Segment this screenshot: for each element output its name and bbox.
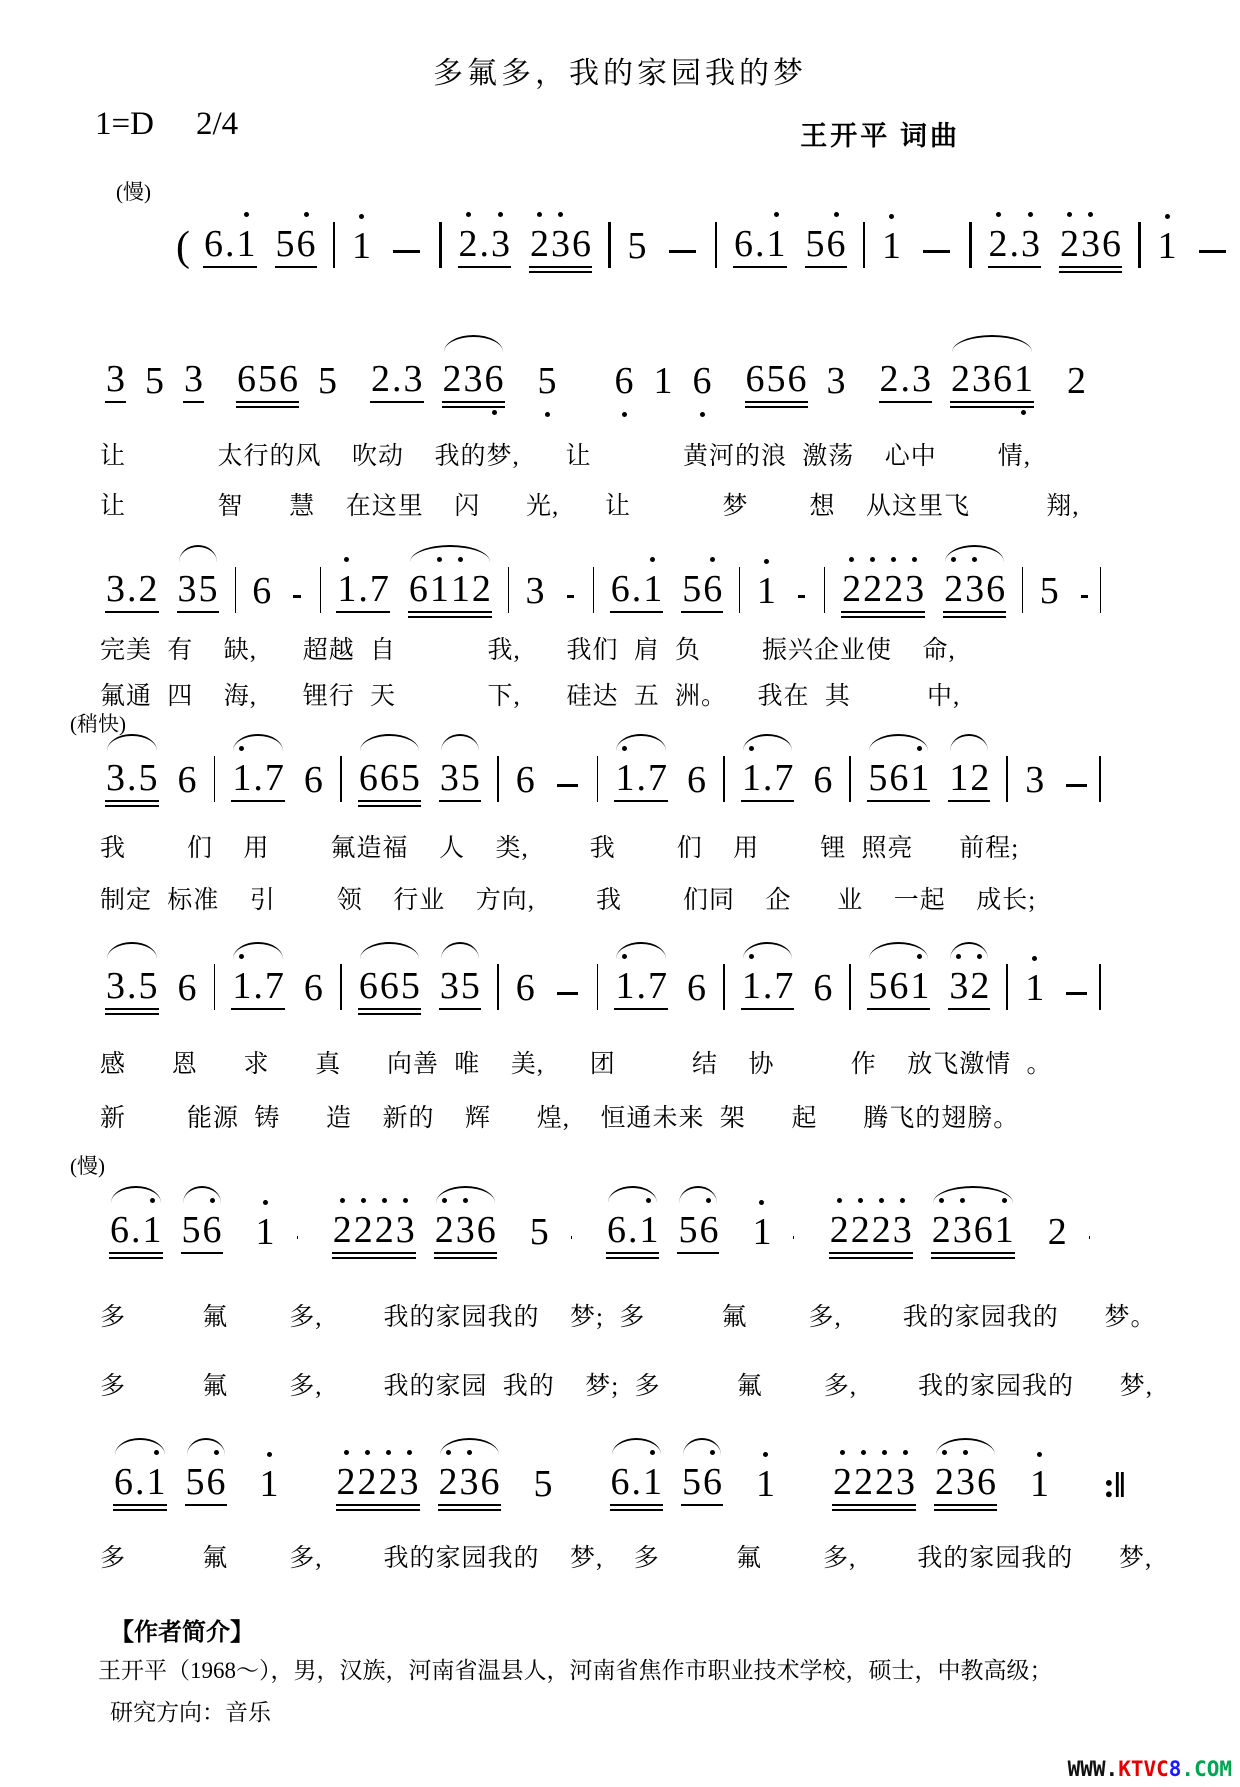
note-digit: 2 (529, 225, 550, 263)
dash-note (1066, 784, 1087, 788)
note-digit: 5 (144, 362, 165, 400)
note-digit: 6 (973, 1211, 994, 1249)
note-digit: 6 (614, 362, 635, 400)
note-digit: 3 (105, 360, 126, 398)
note-group: 1 (755, 1465, 776, 1506)
note-group: 1 (1157, 227, 1178, 268)
note-digit: 6 (206, 1463, 227, 1501)
note-group: 6 (303, 969, 324, 1010)
note-digit: 1 (948, 759, 969, 797)
note-digit: 2 (871, 1211, 892, 1249)
note-digit: 3 (826, 362, 847, 400)
note-group: 5 (529, 1213, 550, 1254)
note-digit: 6 (515, 969, 536, 1007)
note-digit: . (900, 360, 912, 398)
key-signature: 1=D (95, 106, 154, 142)
notation-line-6: 6.1561222323656.1561222323612 (100, 1196, 1108, 1254)
note-digit: 6 (826, 225, 847, 263)
note-digit: 2 (434, 1211, 455, 1249)
note-digit: 7 (773, 967, 794, 1005)
note-digit: 1 (909, 759, 930, 797)
note-group: 2361 (950, 360, 1034, 403)
barline (715, 222, 718, 268)
note-group: 236 (434, 1211, 497, 1254)
note-digit: 3 (550, 225, 571, 263)
note-digit: 2 (471, 570, 492, 608)
note-group: 6 (692, 362, 713, 403)
barline (320, 567, 321, 613)
note-digit: 6 (303, 969, 324, 1007)
note-group: 6112 (408, 570, 492, 613)
note-group: 6 (812, 969, 833, 1010)
note-group: 1 (351, 227, 372, 268)
note-digit: . (627, 1211, 639, 1249)
note-group: 3.5 (105, 759, 159, 802)
note-digit: 3 (439, 759, 460, 797)
note-group: 656 (236, 360, 299, 403)
note-digit: 6 (515, 761, 536, 799)
dash-note (1081, 595, 1088, 599)
note-digit: 1 (1029, 1465, 1050, 1503)
note-digit: 6 (610, 1463, 631, 1501)
note-group: 2223 (832, 1463, 916, 1506)
dash-note (393, 250, 420, 254)
note-group: 1 (653, 362, 674, 403)
note-digit: 6 (177, 761, 198, 799)
note-group: 5 (317, 362, 338, 403)
note-digit: 6 (686, 969, 707, 1007)
barline (439, 222, 442, 268)
note-digit: 1 (450, 570, 471, 608)
tempo-marking-slow-2: (慢) (70, 1150, 105, 1180)
note-digit: 5 (766, 360, 787, 398)
note-digit: 3 (399, 1463, 420, 1501)
note-digit: . (126, 570, 138, 608)
barline (969, 222, 972, 268)
tempo-marking-faster: (稍快) (70, 708, 126, 738)
time-signature: 2/4 (196, 106, 238, 142)
note-group: 236 (442, 360, 505, 403)
note-group: 665 (358, 759, 421, 802)
note-digit: 1 (881, 227, 902, 265)
lyrics-line: 氟通 四 海, 锂行 天 下, 硅达 五 洲。 我在 其 中, (100, 676, 960, 712)
note-group: 6 (303, 761, 324, 802)
barline (597, 964, 599, 1010)
author-bio-heading: 【作者简介】 (110, 1612, 254, 1647)
note-digit: 3 (955, 1463, 976, 1501)
barline (508, 567, 509, 613)
note-digit: 5 (533, 1465, 554, 1503)
note-digit: 2 (438, 1463, 459, 1501)
note-group: 6 (614, 362, 635, 403)
note-group: 56 (185, 1463, 227, 1506)
note-digit: . (391, 360, 403, 398)
note-digit: 3 (1080, 225, 1101, 263)
note-digit: 2 (332, 1211, 353, 1249)
note-group: 2361 (931, 1211, 1015, 1254)
notation-line-7: 6.1561222323656.156122232361:‖ (104, 1448, 1108, 1506)
note-group: 656 (745, 360, 808, 403)
note-digit: 1 (351, 227, 372, 265)
note-digit: 7 (647, 967, 668, 1005)
barline (214, 964, 216, 1010)
note-digit: 6 (702, 570, 723, 608)
note-group: 6.1 (203, 225, 257, 268)
note-digit: 2 (357, 1463, 378, 1501)
lyrics-line: 多 氟 多, 我的家园我的 梦, 多 氟 多, 我的家园我的 梦, (100, 1538, 1152, 1574)
note-digit: 1 (909, 967, 930, 1005)
note-digit: 6 (1101, 225, 1122, 263)
note-digit: 3 (177, 570, 198, 608)
note-digit: 5 (257, 360, 278, 398)
note-group: 3.2 (105, 570, 159, 613)
watermark-part: WWW. (1068, 1757, 1119, 1781)
barline (1100, 567, 1101, 613)
barline (1099, 964, 1101, 1010)
note-digit: 5 (867, 967, 888, 1005)
note-group: 2223 (829, 1211, 913, 1254)
note-digit: 1 (231, 967, 252, 1005)
note-digit: 5 (138, 759, 159, 797)
note-digit: 5 (677, 1211, 698, 1249)
note-digit: 2 (879, 360, 900, 398)
note-digit: 6 (358, 759, 379, 797)
note-group: 561 (867, 967, 930, 1010)
note-digit: 5 (627, 227, 648, 265)
song-title: 多氟多，我的家园我的梦 (0, 48, 1240, 92)
barline (597, 756, 599, 802)
dash-note (567, 595, 574, 599)
note-digit: . (252, 759, 264, 797)
note-digit: 3 (911, 360, 932, 398)
note-group: 1 (1029, 1465, 1050, 1506)
note-digit: 5 (198, 570, 219, 608)
watermark-part: KTVC (1118, 1757, 1169, 1781)
note-group: 35 (439, 967, 481, 1010)
note-digit: 6 (733, 225, 754, 263)
note-digit: 7 (264, 967, 285, 1005)
note-digit: 6 (610, 570, 631, 608)
notation-line-2: 35365652.3236561665632.323612 (96, 345, 1108, 403)
note-group: 6 (812, 761, 833, 802)
note-digit: 1 (255, 1213, 276, 1251)
note-group: 6 (686, 969, 707, 1010)
note-digit: 2 (374, 1211, 395, 1249)
note-digit: 5 (529, 1213, 550, 1251)
note-digit: 6 (480, 1463, 501, 1501)
barline (739, 567, 740, 613)
note-group: 2223 (332, 1211, 416, 1254)
site-watermark: WWW.KTVC8.COM (1068, 1757, 1232, 1781)
note-digit: 1 (638, 1211, 659, 1249)
note-group: 3 (183, 360, 204, 403)
repeat-sign: :‖ (1103, 1465, 1125, 1506)
note-digit: 3 (525, 572, 546, 610)
note-digit: 3 (964, 570, 985, 608)
note-digit: 1 (755, 1465, 776, 1503)
note-digit: 6 (177, 969, 198, 1007)
barline (497, 756, 499, 802)
note-group: 1.7 (741, 967, 795, 1010)
note-group: 236 (943, 570, 1006, 613)
note-group: 3 (1024, 761, 1045, 802)
note-group: 1.7 (741, 759, 795, 802)
note-group: 2223 (336, 1463, 420, 1506)
note-digit: . (631, 570, 643, 608)
note-digit: 1 (642, 1463, 663, 1501)
barline (593, 567, 594, 613)
note-group: 3 (105, 360, 126, 403)
note-group: 2223 (841, 570, 925, 613)
note-group: 6 (515, 761, 536, 802)
composer-credit: 王开平 词曲 (800, 114, 960, 153)
note-group: 56 (275, 225, 317, 268)
barline (1022, 567, 1023, 613)
note-digit: 2 (378, 1463, 399, 1501)
note-digit: 6 (992, 360, 1013, 398)
note-digit: 2 (353, 1211, 374, 1249)
note-digit: 5 (805, 225, 826, 263)
note-digit: 5 (681, 570, 702, 608)
note-digit: 2 (1059, 225, 1080, 263)
note-digit: 6 (408, 570, 429, 608)
note-digit: 6 (476, 1211, 497, 1249)
note-digit: 7 (369, 570, 390, 608)
note-digit: 6 (702, 1463, 723, 1501)
barline (824, 567, 825, 613)
note-digit: 2 (988, 225, 1009, 263)
note-digit: 1 (741, 967, 762, 1005)
note-digit: 1 (653, 362, 674, 400)
lyrics-line: 多 氟 多, 我的家园我的 梦; 多 氟 多, 我的家园我的 梦。 (100, 1297, 1156, 1333)
barline (723, 964, 725, 1010)
barline (849, 964, 851, 1010)
note-digit: 3 (463, 360, 484, 398)
note-digit: . (134, 1463, 146, 1501)
note-digit: 6 (985, 570, 1006, 608)
note-digit: 1 (614, 759, 635, 797)
note-group: 1.7 (231, 759, 285, 802)
note-digit: 3 (971, 360, 992, 398)
note-digit: . (357, 570, 369, 608)
note-group: 6 (177, 969, 198, 1010)
note-digit: 6 (787, 360, 808, 398)
note-group: 2.3 (370, 360, 424, 403)
note-group: 2.3 (458, 225, 512, 268)
note-digit: 6 (113, 1463, 134, 1501)
author-bio-text: 王开平（1968～），男，汉族，河南省温县人，河南省焦作市职业技术学校，硕士，中… (98, 1652, 1053, 1685)
note-group: 6.1 (610, 570, 664, 613)
barline (849, 756, 851, 802)
note-digit: . (126, 759, 138, 797)
note-digit: 6 (812, 761, 833, 799)
barline (235, 567, 236, 613)
note-digit: 1 (1013, 360, 1034, 398)
note-group: 2.3 (988, 225, 1042, 268)
note-digit: 2 (862, 570, 883, 608)
note-digit: 2 (969, 759, 990, 797)
dash-note (557, 784, 578, 788)
note-digit: 6 (686, 761, 707, 799)
lyrics-line: 让 智 慧 在这里 闪 光, 让 梦 想 从这里飞 翔, (100, 486, 1080, 522)
note-digit: 6 (203, 225, 224, 263)
note-group: 1 (1024, 969, 1045, 1010)
note-group: 6 (177, 761, 198, 802)
note-digit: 6 (606, 1211, 627, 1249)
sheet-music-page: 多氟多，我的家园我的梦 1=D2/4 王开平 词曲 (慢) (稍快) (慢) (… (0, 0, 1240, 1787)
note-digit: 1 (751, 1213, 772, 1251)
note-digit: 2 (874, 1463, 895, 1501)
note-digit: 1 (1157, 227, 1178, 265)
note-digit: . (252, 967, 264, 1005)
barline (497, 964, 499, 1010)
note-group: 35 (439, 759, 481, 802)
note-digit: 2 (1066, 362, 1087, 400)
lyrics-line: 多 氟 多, 我的家园 我的 梦; 多 氟 多, 我的家园我的 梦, (100, 1366, 1153, 1402)
note-group: 6.1 (606, 1211, 660, 1254)
note-digit: 6 (745, 360, 766, 398)
note-digit: 2 (458, 225, 479, 263)
note-group: 236 (529, 225, 592, 268)
note-group: 1 (751, 1213, 772, 1254)
note-digit: 5 (460, 967, 481, 1005)
note-group: 2 (1047, 1213, 1068, 1254)
note-digit: 6 (379, 967, 400, 1005)
note-digit: 1 (642, 570, 663, 608)
note-digit: 2 (1047, 1213, 1068, 1251)
note-digit: 6 (888, 967, 909, 1005)
note-digit: 3 (455, 1211, 476, 1249)
note-digit: 3 (183, 360, 204, 398)
lyrics-line: 制定 标准 引 领 行业 方向, 我 们同 企 业 一起 成长; (100, 880, 1036, 916)
note-group: 6.1 (610, 1463, 664, 1506)
note-digit: . (754, 225, 766, 263)
note-group: 5 (533, 1465, 554, 1506)
note-digit: 1 (614, 967, 635, 1005)
note-digit: 6 (236, 360, 257, 398)
note-digit: 6 (109, 1211, 130, 1249)
note-group: 56 (677, 1211, 719, 1254)
lyrics-line: 完美 有 缺, 超越 自 我, 我们 肩 负 振兴企业使 命, (100, 630, 956, 666)
note-group: 5 (1039, 572, 1060, 613)
note-digit: 2 (336, 1463, 357, 1501)
dash-note (669, 250, 696, 254)
note-digit: 6 (812, 969, 833, 1007)
note-group: 236 (934, 1463, 997, 1506)
note-group: 35 (177, 570, 219, 613)
note-digit: 2 (850, 1211, 871, 1249)
barline (1138, 222, 1141, 268)
note-digit: 2 (832, 1463, 853, 1501)
barline (723, 756, 725, 802)
note-digit: 5 (400, 759, 421, 797)
watermark-part: .COM (1181, 1757, 1232, 1781)
note-group: 6 (251, 572, 272, 613)
note-digit: 6 (278, 360, 299, 398)
note-digit: . (635, 759, 647, 797)
note-group: 1 (881, 227, 902, 268)
note-group: 665 (358, 967, 421, 1010)
note-digit: 5 (181, 1211, 202, 1249)
note-digit: 3 (105, 759, 126, 797)
note-digit: 3 (459, 1463, 480, 1501)
note-digit: 3 (948, 967, 969, 1005)
author-bio-text-2: 研究方向：音乐 (110, 1694, 271, 1727)
barline (1099, 756, 1101, 802)
note-digit: 3 (403, 360, 424, 398)
note-digit: . (126, 967, 138, 1005)
note-group: 3.5 (105, 967, 159, 1010)
tempo-marking-slow: (慢) (116, 176, 151, 206)
note-digit: 3 (439, 967, 460, 1005)
note-digit: . (1009, 225, 1021, 263)
note-group: 12 (948, 759, 990, 802)
note-digit: 2 (883, 570, 904, 608)
note-digit: 2 (943, 570, 964, 608)
notation-line-3: 3.23561.7611236.156122232365 (96, 555, 1108, 613)
note-group: 1.7 (614, 759, 668, 802)
note-digit: 1 (994, 1211, 1015, 1249)
lyrics-line: 新 能源 铸 造 新的 辉 煌, 恒通未来 架 起 腾飞的翅膀。 (100, 1098, 1019, 1134)
note-group: 1 (255, 1213, 276, 1254)
note-digit: . (631, 1463, 643, 1501)
note-group: 56 (681, 1463, 723, 1506)
note-group: 561 (867, 759, 930, 802)
note-digit: . (130, 1211, 142, 1249)
note-digit: 7 (264, 759, 285, 797)
note-digit: 3 (105, 967, 126, 1005)
note-group: 56 (181, 1211, 223, 1254)
note-group: 1 (756, 572, 777, 613)
barline (608, 222, 611, 268)
barline (340, 756, 342, 802)
note-digit: 3 (892, 1211, 913, 1249)
note-group: 3 (525, 572, 546, 613)
note-digit: 2 (931, 1211, 952, 1249)
note-digit: 6 (379, 759, 400, 797)
note-group: 6.1 (113, 1463, 167, 1506)
note-digit: 7 (773, 759, 794, 797)
note-digit: 1 (146, 1463, 167, 1501)
note-group: 5 (144, 362, 165, 403)
barline (863, 222, 866, 268)
note-digit: 6 (571, 225, 592, 263)
note-group: 1.7 (614, 967, 668, 1010)
note-digit: 2 (442, 360, 463, 398)
barline (1006, 964, 1008, 1010)
note-group: 2 (1066, 362, 1087, 403)
note-digit: 3 (904, 570, 925, 608)
note-digit: 3 (395, 1211, 416, 1249)
note-digit: 5 (460, 759, 481, 797)
note-digit: 6 (303, 761, 324, 799)
note-group: 6 (686, 761, 707, 802)
note-digit: 6 (358, 967, 379, 1005)
note-digit: 6 (698, 1211, 719, 1249)
note-digit: 5 (400, 967, 421, 1005)
dash-note (1066, 992, 1087, 996)
note-digit: 1 (766, 225, 787, 263)
note-digit: 2 (138, 570, 159, 608)
dash-note (1199, 250, 1226, 254)
lyrics-line: 感 恩 求 真 向善 唯 美, 团 结 协 作 放飞激情 。 (100, 1044, 1053, 1080)
note-digit: 1 (756, 572, 777, 610)
note-digit: 1 (236, 225, 257, 263)
note-digit: 2 (950, 360, 971, 398)
note-digit: 2 (370, 360, 391, 398)
note-digit: 1 (231, 759, 252, 797)
dash-note (923, 250, 950, 254)
